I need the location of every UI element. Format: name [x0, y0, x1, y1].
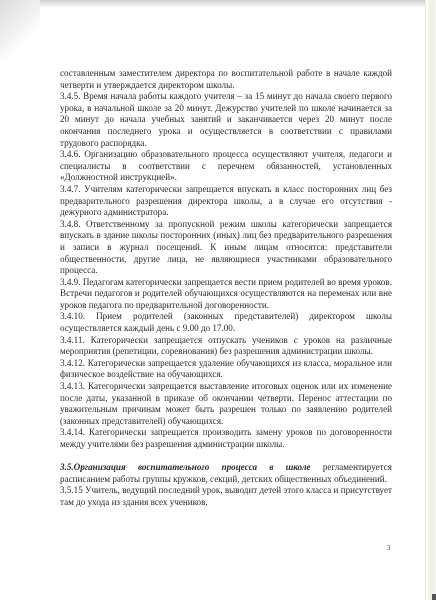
paragraph-3-4-8: 3.4.8. Ответственному за пропускной режи… [60, 219, 392, 277]
paragraph-3-5-15: 3.5.15 Учитель, ведущий последний урок, … [60, 485, 392, 508]
paragraph-3-4-11: 3.4.11. Категорически запрещается отпуск… [60, 335, 392, 358]
paragraph-3-4-5: 3.4.5. Время начала работы каждого учите… [60, 91, 392, 149]
scan-top-edge [0, 0, 436, 8]
paragraph-3-4-13: 3.4.13. Категорически запрещается выстав… [60, 381, 392, 427]
section-3-5: 3.5.Организация воспитательного процесса… [60, 462, 392, 485]
scan-right-edge [425, 0, 436, 600]
paragraph-3-4-7: 3.4.7. Учителям категорически запрещаетс… [60, 184, 392, 219]
scan-bottom-right-mark [432, 594, 436, 600]
paragraph-3-4-12: 3.4.12. Категорически запрещается удален… [60, 358, 392, 381]
paragraph-3-4-9: 3.4.9. Педагогам категорически запрещает… [60, 277, 392, 312]
paragraph-3-4-14: 3.4.14. Категорически запрещается произв… [60, 427, 392, 450]
paragraph-3-4-6: 3.4.6. Организацию образовательного проц… [60, 149, 392, 184]
paragraph-continuation: составленным заместителем директора по в… [60, 68, 392, 91]
paragraph-3-4-10: 3.4.10. Прием родителей (законных предст… [60, 311, 392, 334]
scan-folded-corner [0, 0, 40, 60]
section-3-5-heading: 3.5.Организация воспитательного процесса… [60, 462, 311, 472]
page-number: 3 [387, 544, 391, 552]
document-body: составленным заместителем директора по в… [60, 68, 392, 509]
